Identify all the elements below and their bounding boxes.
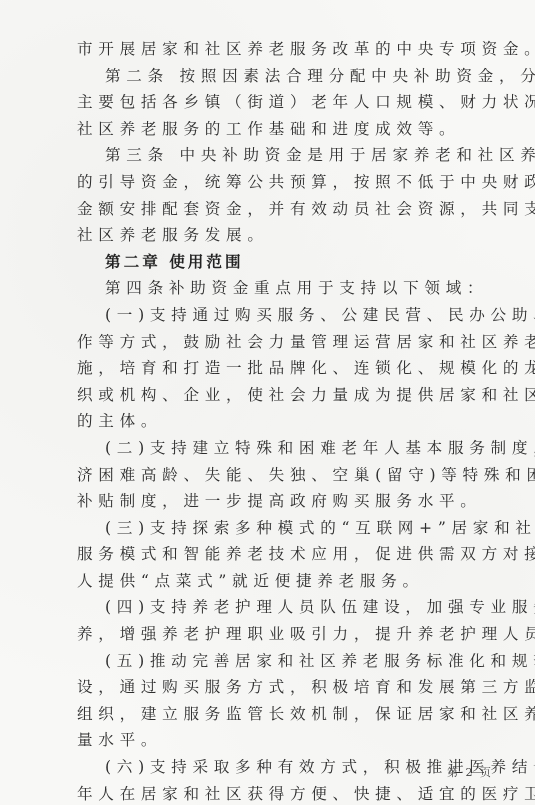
text-line: 主要包括各乡镇（街道）老年人口规模、财力状况、居家和 (77, 89, 493, 116)
text-line: 社区养老服务发展。 (77, 222, 493, 249)
text-line: 的主体。 (77, 408, 493, 435)
text-line: 设，通过购买服务方式，积极培育和发展第三方监管机构和 (77, 674, 493, 701)
text-line: 社区养老服务的工作基础和进度成效等。 (77, 116, 493, 143)
document-body: 市开展居家和社区养老服务改革的中央专项资金。 第二条 按照因素法合理分配中央补助… (77, 36, 493, 805)
item-6-line: (六)支持采取多种有效方式，积极推进医养结合，使老 (77, 754, 493, 781)
text-line: 年人在居家和社区获得方便、快捷、适宜的医疗卫生服务。 (77, 781, 493, 805)
item-4-line: (四)支持养老护理人员队伍建设，加强专业服务人员培 (77, 594, 493, 621)
text-line: 组织，建立服务监管长效机制，保证居家和社区养老服务质 (77, 701, 493, 728)
page-number: 第 2 页 (447, 764, 493, 780)
item-3-line: (三)支持探索多种模式的“互联网+”居家和社区养老 (77, 515, 493, 542)
text-line: 的引导资金，统筹公共预算，按照不低于中央财政补助资金 (77, 169, 493, 196)
document-page: 市开展居家和社区养老服务改革的中央专项资金。 第二条 按照因素法合理分配中央补助… (0, 0, 535, 805)
item-2-line: (二)支持建立特殊和困难老年人基本服务制度，完善经 (77, 435, 493, 462)
text-line: 织或机构、企业，使社会力量成为提供居家和社区养老服务 (77, 382, 493, 409)
text-line: 济困难高龄、失能、失独、空巢(留守)等特殊和困难老年人 (77, 462, 493, 489)
text-line: 量水平。 (77, 727, 493, 754)
text-line: 服务模式和智能养老技术应用，促进供需双方对接，为老年 (77, 541, 493, 568)
text-line: 养，增强养老护理职业吸引力，提升养老护理人员素质。 (77, 621, 493, 648)
chapter-heading: 第二章 使用范围 (77, 249, 493, 276)
item-5-line: (五)推动完善居家和社区养老服务标准化和规范化建 (77, 648, 493, 675)
article-3-line: 第三条 中央补助资金是用于居家养老和社区养老服务 (77, 142, 493, 169)
text-line: 人提供“点菜式”就近便捷养老服务。 (77, 568, 493, 595)
article-2-line: 第二条 按照因素法合理分配中央补助资金，分配因素 (77, 63, 493, 90)
text-line: 市开展居家和社区养老服务改革的中央专项资金。 (77, 36, 493, 63)
article-4-line: 第四条补助资金重点用于支持以下领域： (77, 275, 493, 302)
item-1-line: (一)支持通过购买服务、公建民营、民办公助、股权合 (77, 302, 493, 329)
text-line: 作等方式，鼓励社会力量管理运营居家和社区养老服务设 (77, 329, 493, 356)
text-line: 施，培育和打造一批品牌化、连锁化、规模化的龙头社会组 (77, 355, 493, 382)
text-line: 补贴制度，进一步提高政府购买服务水平。 (77, 488, 493, 515)
text-line: 金额安排配套资金，并有效动员社会资源，共同支持居家和 (77, 196, 493, 223)
